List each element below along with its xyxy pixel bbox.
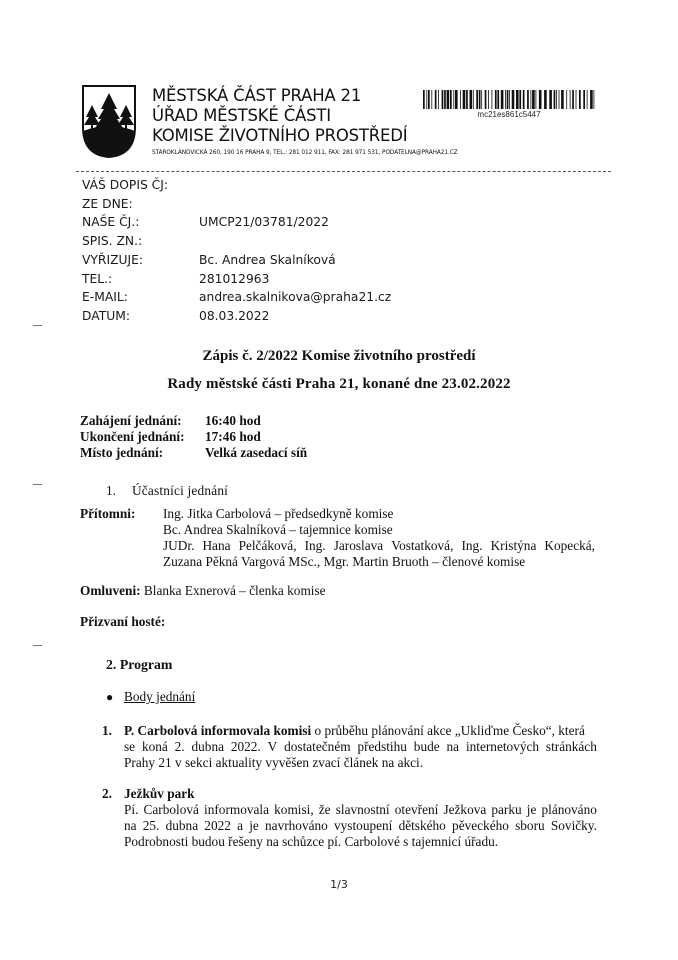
reference-value: 281012963 — [199, 272, 269, 286]
present-line: Bc. Andrea Skalníková – tajemnice komise — [163, 522, 595, 538]
agenda-item-title: Ježkův park — [124, 786, 195, 801]
reference-value: andrea.skalnikova@praha21.cz — [199, 290, 391, 304]
margin-mark — [33, 325, 42, 326]
agenda-item-number: 1. — [102, 723, 112, 739]
margin-mark — [33, 484, 42, 485]
agenda-item-line: P. Carbolová informovala komisi o průběh… — [124, 723, 597, 739]
reference-label: VYŘIZUJE: — [82, 253, 143, 267]
document-subtitle: Rady městské části Praha 21, konané dne … — [0, 376, 678, 393]
meeting-end-label: Ukončení jednání: — [80, 429, 185, 445]
section-program-heading: 2. Program — [106, 657, 172, 673]
reference-row: VYŘIZUJE:Bc. Andrea Skalníková — [82, 253, 482, 271]
reference-label: DATUM: — [82, 309, 130, 323]
reference-label: E-MAIL: — [82, 290, 128, 304]
barcode-icon — [423, 90, 595, 109]
excused: Omluveni: Blanka Exnerová – členka komis… — [80, 583, 326, 599]
meeting-start-label: Zahájení jednání: — [80, 413, 182, 429]
reference-value: Bc. Andrea Skalníková — [199, 253, 336, 267]
org-name-line2: ÚŘAD MĚSTSKÉ ČÁSTI — [152, 106, 331, 126]
present-line: Zuzana Pěkná Vargová MSc., Mgr. Martin B… — [163, 554, 595, 570]
reference-row: VÁŠ DOPIS ČJ: — [82, 178, 482, 196]
reference-value: UMCP21/03781/2022 — [199, 215, 329, 229]
present-line: JUDr.HanaPelčáková,Ing.JaroslavaVostatko… — [163, 538, 595, 554]
meeting-place: Místo jednání: Velká zasedací síň — [80, 445, 480, 461]
agenda-item-line: na25.dubna2022ajenavrhovánovystoupenídět… — [124, 818, 597, 834]
reference-row: E-MAIL:andrea.skalnikova@praha21.cz — [82, 290, 482, 308]
reference-label: TEL.: — [82, 272, 112, 286]
meeting-end: Ukončení jednání: 17:46 hod — [80, 429, 480, 445]
agenda-item-number: 2. — [102, 786, 112, 802]
section-title: Účastníci jednání — [132, 483, 228, 499]
coat-of-arms-trees-icon — [80, 83, 138, 159]
excused-label: Omluveni: — [80, 583, 141, 598]
meeting-place-value: Velká zasedací síň — [205, 445, 307, 461]
header-divider — [76, 171, 611, 172]
reference-label: NAŠE ČJ.: — [82, 215, 139, 229]
present-list: Ing. Jitka Carbolová – předsedkyně komis… — [163, 506, 595, 570]
present-line: Ing. Jitka Carbolová – předsedkyně komis… — [163, 506, 595, 522]
agenda-item-line: Podrobnosti budou řešeny na schůzce pí. … — [124, 834, 597, 850]
agenda-item-line: Pí.Carbolováinformovalakomisi,žeslavnost… — [124, 802, 597, 818]
document-title: Zápis č. 2/2022 Komise životního prostře… — [0, 348, 678, 365]
section-number: 2. — [106, 657, 116, 672]
reference-label: ZE DNE: — [82, 197, 133, 211]
agenda-item-line: Prahy 21 v sekci aktuality vyvěšen zvací… — [124, 755, 597, 771]
reference-row: DATUM:08.03.2022 — [82, 309, 482, 327]
reference-row: SPIS. ZN.: — [82, 234, 482, 252]
section-title: Program — [120, 657, 173, 672]
reference-row: NAŠE ČJ.:UMCP21/03781/2022 — [82, 215, 482, 233]
guests-label: Přizvaní hosté: — [80, 614, 165, 630]
org-address: STAROKLÁNOVICKÁ 260, 190 16 PRAHA 9, TEL… — [152, 148, 458, 156]
reference-label: VÁŠ DOPIS ČJ: — [82, 178, 168, 192]
reference-row: TEL.:281012963 — [82, 272, 482, 290]
agenda-bullet-text: Body jednání — [124, 689, 195, 705]
meeting-start: Zahájení jednání: 16:40 hod — [80, 413, 480, 429]
page-number: 1/3 — [0, 878, 678, 891]
org-name-line1: MĚSTSKÁ ČÁST PRAHA 21 — [152, 86, 361, 106]
section-number: 1. — [106, 483, 116, 499]
meeting-start-value: 16:40 hod — [205, 413, 261, 429]
margin-mark — [33, 645, 42, 646]
excused-value: Blanka Exnerová – členka komise — [144, 583, 326, 598]
present-label: Přítomni: — [80, 506, 135, 522]
meeting-end-value: 17:46 hod — [205, 429, 261, 445]
bullet-icon: ● — [106, 689, 113, 705]
org-name-line3: KOMISE ŽIVOTNÍHO PROSTŘEDÍ — [152, 126, 407, 146]
agenda-item-bold: P. Carbolová informovala komisi — [124, 723, 311, 738]
barcode-text: mc21es861c5447 — [423, 110, 595, 119]
reference-row: ZE DNE: — [82, 197, 482, 215]
meeting-place-label: Místo jednání: — [80, 445, 163, 461]
agenda-item-line: sekoná2.dubna2022.Vdostatečnémpředstihub… — [124, 739, 597, 755]
reference-label: SPIS. ZN.: — [82, 234, 142, 248]
reference-value: 08.03.2022 — [199, 309, 269, 323]
